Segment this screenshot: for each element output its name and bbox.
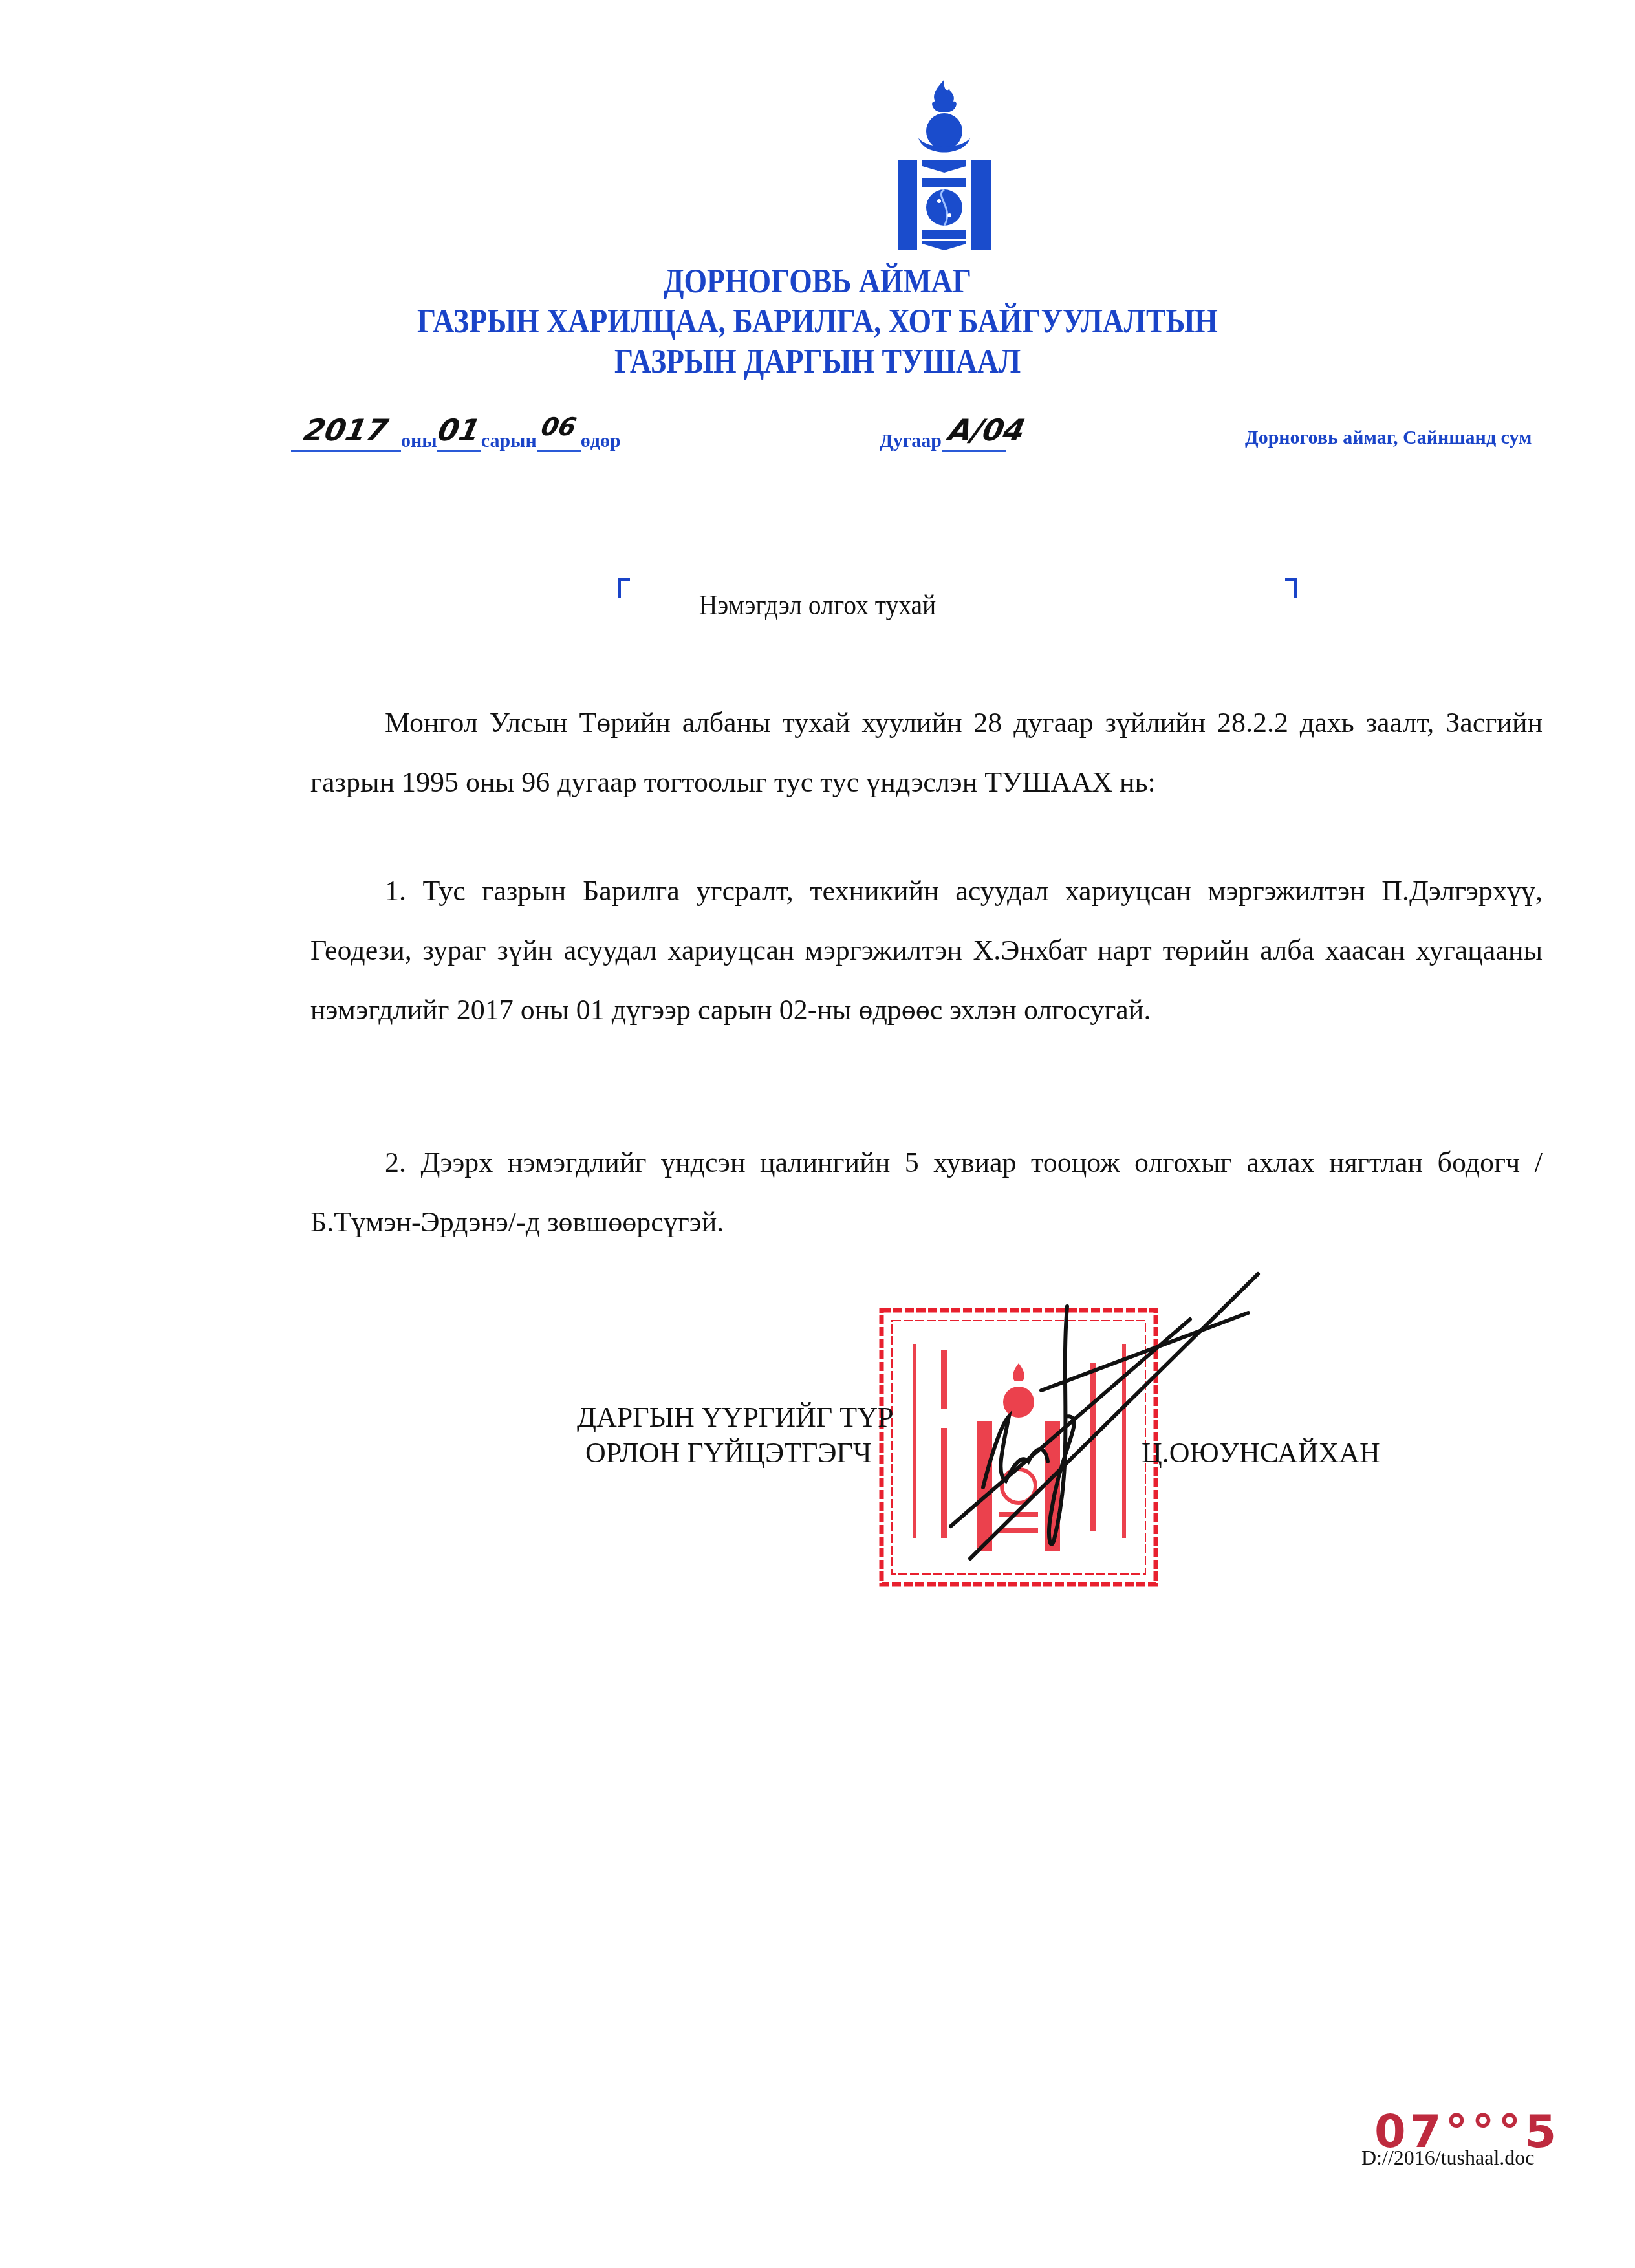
file-path-footer: D://2016/tushaal.doc — [1361, 2146, 1535, 2170]
header-line-department: ГАЗРЫН ХАРИЛЦАА, БАРИЛГА, ХОТ БАЙГУУЛАЛТ… — [98, 302, 1537, 342]
document-header: ДОРНОГОВЬ АЙМАГ ГАЗРЫН ХАРИЛЦАА, БАРИЛГА… — [0, 262, 1635, 382]
day-blank: 06 — [537, 427, 581, 452]
order-item-2-text: 2. Дээрх нэмэгдлийг үндсэн цалингийн 5 х… — [310, 1133, 1543, 1252]
preamble-paragraph: Монгол Улсын Төрийн албаны тухай хуулийн… — [310, 693, 1543, 812]
document-meta-row: 2017 оны 01 сарын 06 өдөр Дугаар A/04 До… — [0, 427, 1635, 479]
header-line-order-title: ГАЗРЫН ДАРГЫН ТУШААЛ — [98, 342, 1537, 382]
number-blank: A/04 — [942, 427, 1006, 452]
month-suffix: сарын — [481, 430, 537, 451]
signatory-title-line2: ОРЛОН ГҮЙЦЭТГЭГЧ — [585, 1436, 872, 1471]
soyombo-emblem-icon — [893, 74, 996, 255]
month-blank: 01 — [437, 427, 481, 452]
order-item-2: 2. Дээрх нэмэгдлийг үндсэн цалингийн 5 х… — [310, 1133, 1543, 1252]
day-handwritten: 06 — [534, 413, 583, 441]
signatory-title-line1: ДАРГЫН ҮҮРГИЙГ ТҮР — [577, 1400, 893, 1435]
year-blank: 2017 — [291, 427, 401, 452]
order-number-field: Дугаар A/04 — [880, 427, 1006, 452]
order-item-1: 1. Тус газрын Барилга угсралт, техникийн… — [310, 861, 1543, 1040]
year-handwritten: 2017 — [287, 413, 404, 448]
day-suffix: өдөр — [581, 430, 621, 451]
document-subject: Нэмэгдэл олгох тухай — [81, 589, 1553, 621]
year-suffix: оны — [401, 430, 437, 451]
preamble-text: Монгол Улсын Төрийн албаны тухай хуулийн… — [310, 693, 1543, 812]
issue-place: Дорноговь аймаг, Сайншанд сум — [1245, 427, 1532, 449]
date-field: 2017 оны 01 сарын 06 өдөр — [291, 427, 621, 452]
month-handwritten: 01 — [433, 413, 484, 448]
number-label: Дугаар — [880, 430, 942, 451]
handwritten-signature-icon — [931, 1268, 1294, 1578]
number-handwritten: A/04 — [944, 413, 1029, 448]
order-item-1-text: 1. Тус газрын Барилга угсралт, техникийн… — [310, 861, 1543, 1040]
header-line-aimag: ДОРНОГОВЬ АЙМАГ — [98, 262, 1537, 302]
